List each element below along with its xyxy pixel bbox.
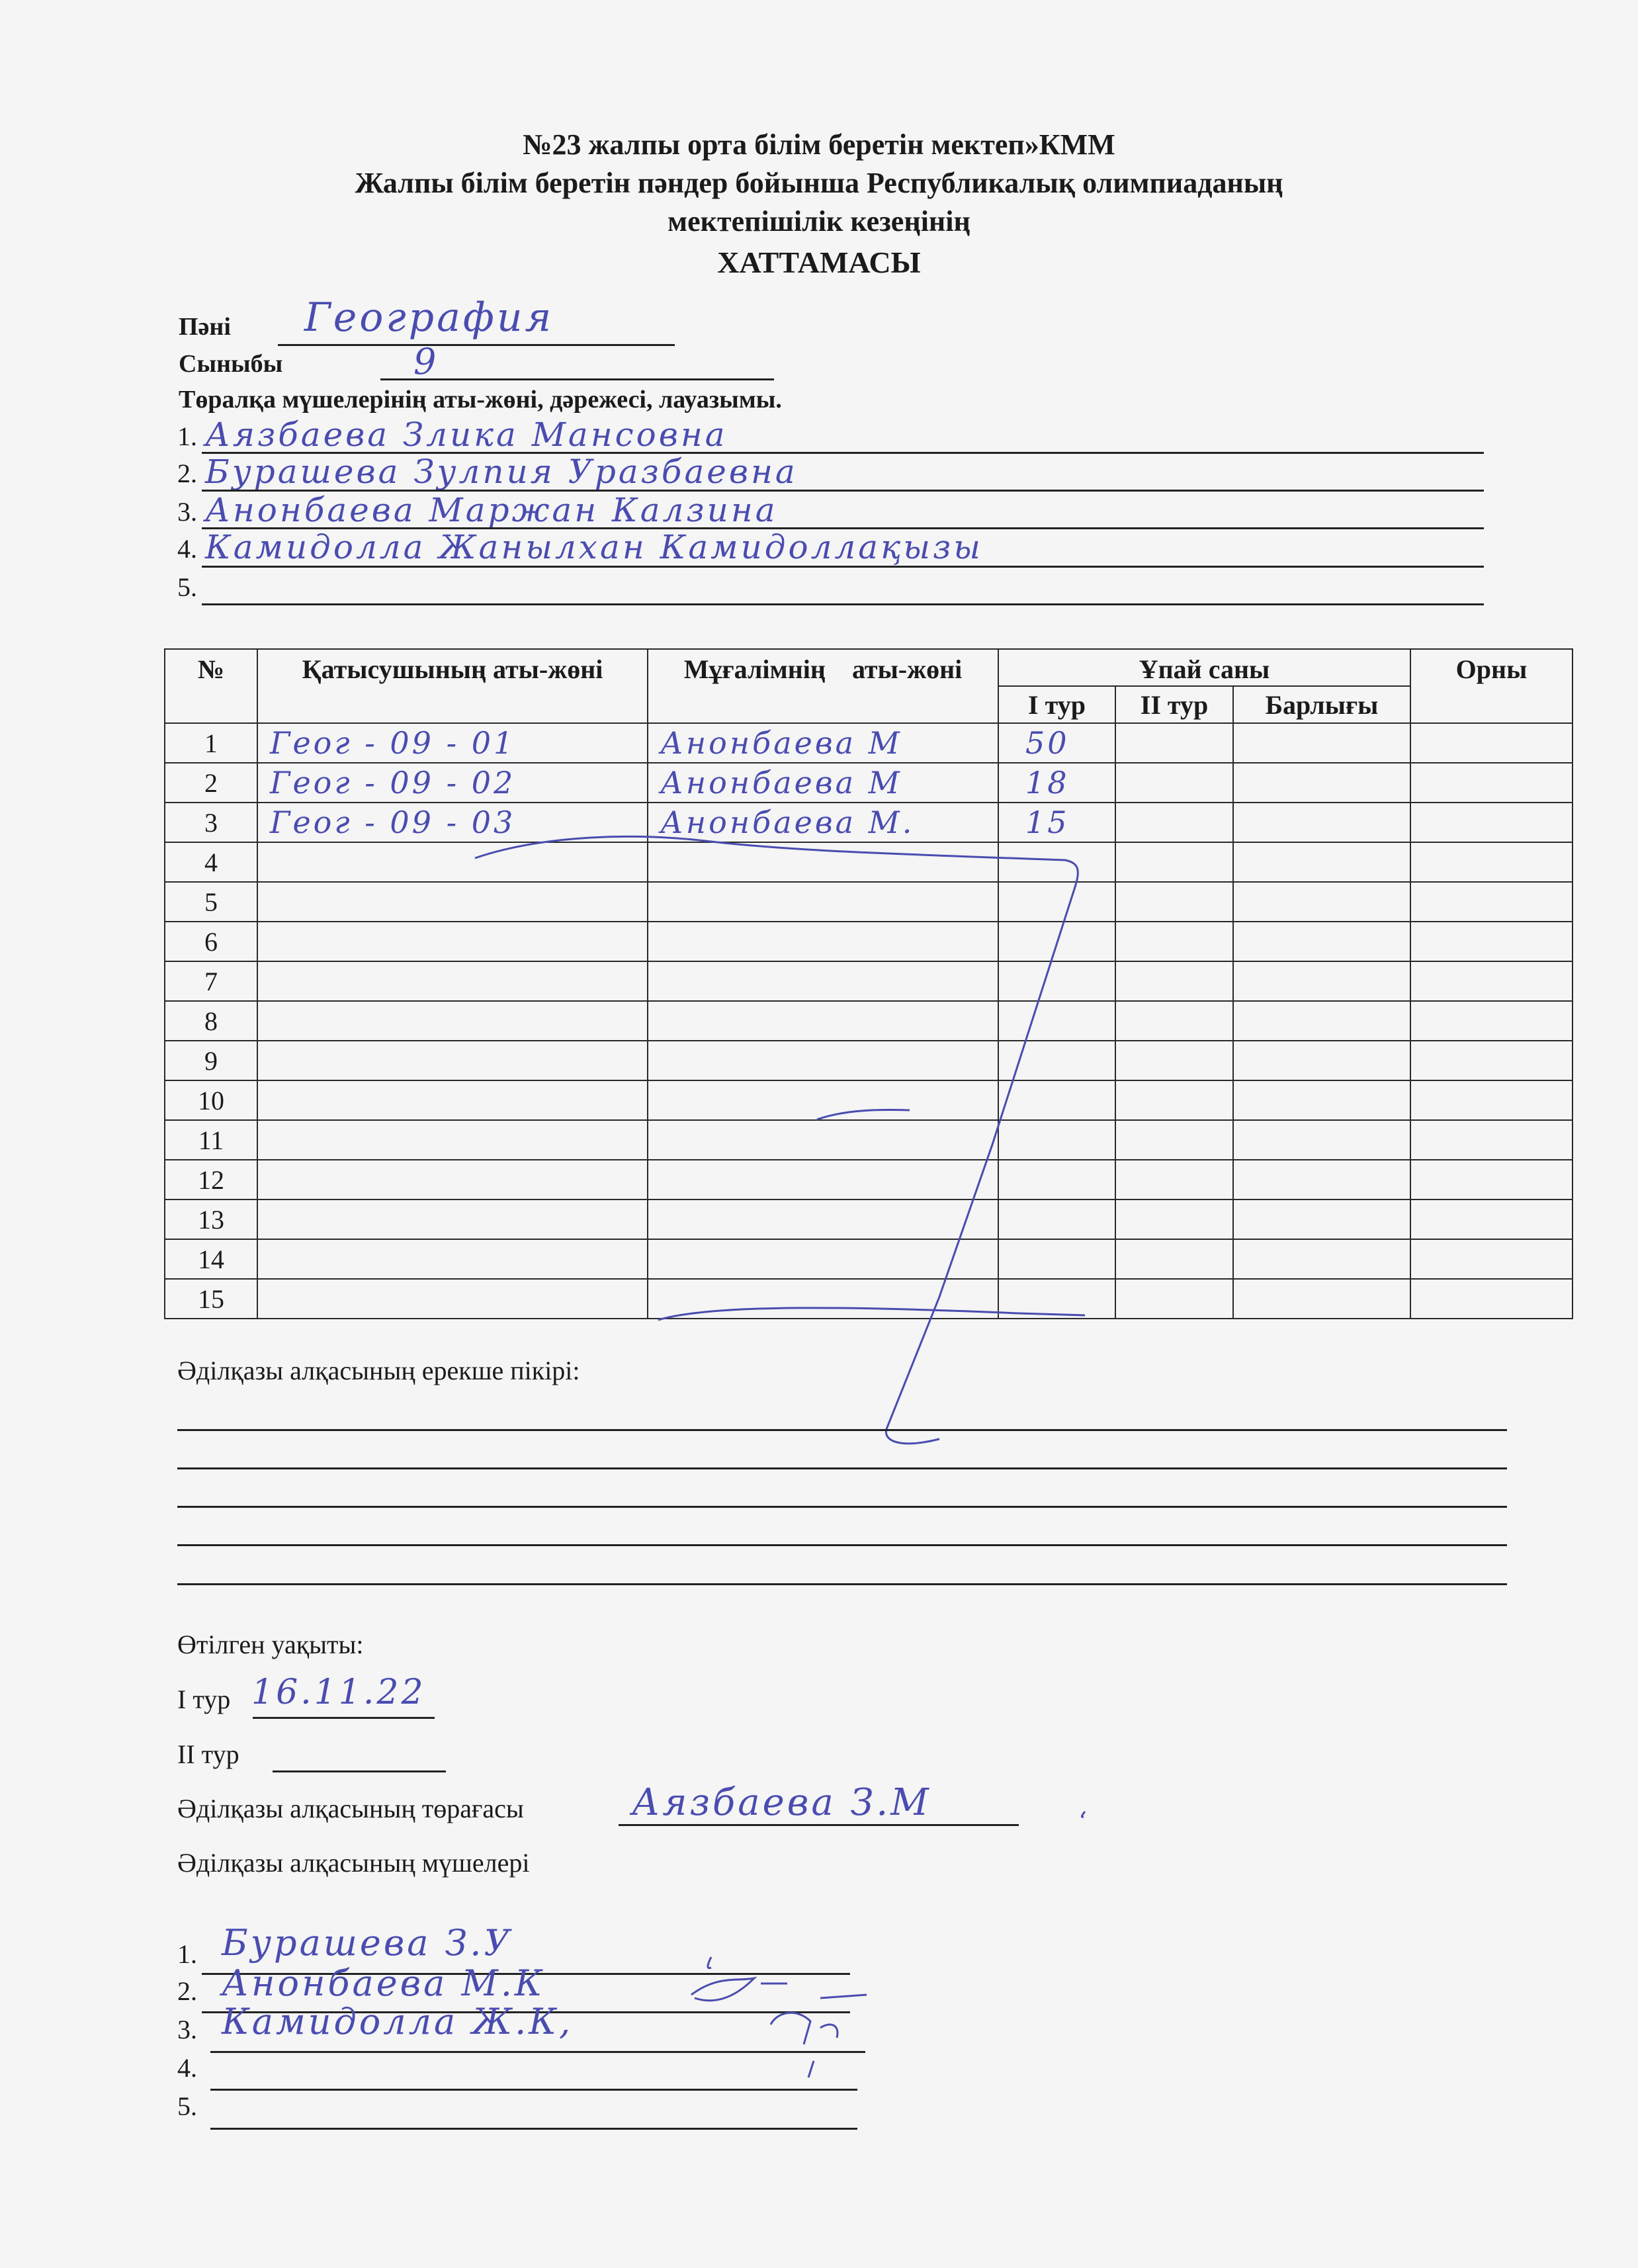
signer-line [210,2089,857,2091]
signer-signature[interactable]: Камидолла Ж.К, [222,2001,573,2042]
jury-member-name[interactable]: Анонбаева Маржан Калзина [205,491,778,529]
round2-score-cell[interactable] [1115,1279,1233,1319]
participant-cell[interactable] [257,842,648,882]
table-row: 15 [165,1279,1573,1319]
col-header-round2: II тур [1115,686,1233,723]
round2-score-cell[interactable] [1115,922,1233,961]
results-table: № Қатысушының аты-жөні Мұғалімнің аты-жө… [164,648,1573,1319]
signer-signature[interactable]: Анонбаева М.К [222,1962,545,2004]
total-score-cell[interactable] [1233,1080,1410,1120]
signer-num: 1. [177,1939,197,1970]
jury-num: 4. [177,533,197,564]
chair-underline [619,1824,1019,1826]
teacher-cell[interactable] [648,882,998,922]
table-row: 12 [165,1160,1573,1199]
document-title: ХАТТАМАСЫ [0,243,1638,282]
table-row: 8 [165,1001,1573,1041]
round1-score-cell[interactable]: 18 [998,763,1115,803]
table-row: 6 [165,922,1573,961]
round1-score-cell[interactable] [998,1279,1115,1319]
place-cell[interactable] [1410,882,1573,922]
olympiad-name: Жалпы білім беретін пәндер бойынша Респу… [0,164,1638,202]
round1-score-cell[interactable] [998,922,1115,961]
place-cell[interactable] [1410,723,1573,763]
total-score-cell[interactable] [1233,723,1410,763]
round1-score-cell[interactable] [998,1120,1115,1160]
table-row: 13 [165,1199,1573,1239]
col-header-participant: Қатысушының аты-жөні [257,649,648,723]
opinion-label: Әділқазы алқасының ерекше пікірі: [177,1355,580,1386]
table-row: 11 [165,1120,1573,1160]
round2-score-cell[interactable] [1115,723,1233,763]
jury-num: 5. [177,572,197,603]
table-row: 1Геог - 09 - 01Анонбаева М50 [165,723,1573,763]
total-score-cell[interactable] [1233,763,1410,803]
place-cell[interactable] [1410,1239,1573,1279]
total-score-cell[interactable] [1233,1041,1410,1080]
col-header-points: Ұпай саны [998,649,1410,686]
round1-score-cell[interactable] [998,1160,1115,1199]
teacher-cell[interactable] [648,1041,998,1080]
row-number: 3 [165,803,257,842]
row-number: 15 [165,1279,257,1319]
round2-score-cell[interactable] [1115,1239,1233,1279]
participant-cell[interactable]: Геог - 09 - 01 [257,723,648,763]
teacher-cell[interactable] [648,961,998,1001]
teacher-cell[interactable] [648,842,998,882]
table-row: 10 [165,1080,1573,1120]
table-row: 4 [165,842,1573,882]
row-number: 14 [165,1239,257,1279]
row-number: 4 [165,842,257,882]
grade-underline [380,378,774,380]
subject-value[interactable]: География [304,294,554,341]
round2-score-cell[interactable] [1115,1120,1233,1160]
teacher-cell[interactable] [648,922,998,961]
participant-cell[interactable] [257,1120,648,1160]
row-number: 9 [165,1041,257,1080]
teacher-cell[interactable] [648,1239,998,1279]
participant-cell[interactable] [257,1199,648,1239]
col-header-num: № [165,649,257,723]
teacher-cell[interactable] [648,1120,998,1160]
round1-score-cell[interactable] [998,1199,1115,1239]
round2-label: II тур [177,1739,239,1770]
signer-num: 3. [177,2014,197,2045]
stage-name: мектепішілік кезеңінің [0,202,1638,241]
round1-score-cell[interactable] [998,842,1115,882]
row-number: 13 [165,1199,257,1239]
participant-cell[interactable] [257,1041,648,1080]
signer-signature[interactable]: Бурашева З.У [222,1922,513,1964]
signer-num: 5. [177,2091,197,2122]
round2-score-cell[interactable] [1115,763,1233,803]
place-cell[interactable] [1410,1160,1573,1199]
chair-signature[interactable]: Аязбаева З.М [632,1781,931,1824]
jury-member-name[interactable]: Бурашева Зулпия Уразбаевна [205,453,798,491]
total-score-cell[interactable] [1233,1199,1410,1239]
teacher-cell[interactable] [648,1199,998,1239]
jury-member-name[interactable]: Аязбаева Злика Мансовна [205,415,728,454]
total-score-cell[interactable] [1233,961,1410,1001]
row-number: 10 [165,1080,257,1120]
participant-cell[interactable]: Геог - 09 - 03 [257,803,648,842]
round1-score-cell[interactable] [998,1239,1115,1279]
table-row: 2Геог - 09 - 02Анонбаева М18 [165,763,1573,803]
total-score-cell[interactable] [1233,882,1410,922]
round1-score-cell[interactable] [998,961,1115,1001]
row-number: 1 [165,723,257,763]
participant-cell[interactable] [257,1001,648,1041]
col-header-total: Барлығы [1233,686,1410,723]
jury-heading: Төралқа мүшелерінің аты-жөні, дәрежесі, … [179,385,782,414]
place-cell[interactable] [1410,763,1573,803]
opinion-line [177,1544,1507,1546]
jury-num: 2. [177,458,197,489]
signers-label: Әділқазы алқасының мүшелері [177,1847,529,1878]
jury-num: 1. [177,421,197,452]
table-row: 9 [165,1041,1573,1080]
school-name: №23 жалпы орта білім беретін мектеп»КММ [0,126,1638,164]
round2-score-cell[interactable] [1115,1041,1233,1080]
place-cell[interactable] [1410,1120,1573,1160]
opinion-line [177,1429,1507,1431]
table-row: 14 [165,1239,1573,1279]
round1-date[interactable]: 16.11.22 [251,1673,426,1712]
teacher-cell[interactable]: Анонбаева М [648,763,998,803]
row-number: 7 [165,961,257,1001]
signer-line [210,2051,865,2053]
round2-score-cell[interactable] [1115,842,1233,882]
place-cell[interactable] [1410,1041,1573,1080]
round1-score-cell[interactable]: 50 [998,723,1115,763]
participant-cell[interactable] [257,1080,648,1120]
timing-label: Өтілген уақыты: [177,1629,363,1660]
total-score-cell[interactable] [1233,922,1410,961]
total-score-cell[interactable] [1233,1239,1410,1279]
participant-cell[interactable] [257,1239,648,1279]
opinion-line [177,1467,1507,1469]
round2-underline [273,1770,446,1772]
participant-cell[interactable] [257,922,648,961]
round2-score-cell[interactable] [1115,1160,1233,1199]
round2-score-cell[interactable] [1115,803,1233,842]
opinion-line [177,1583,1507,1585]
col-header-teacher: Мұғалімнің аты-жөні [648,649,998,723]
row-number: 8 [165,1001,257,1041]
participant-cell[interactable] [257,1279,648,1319]
row-number: 6 [165,922,257,961]
table-row: 3Геог - 09 - 03Анонбаева М.15 [165,803,1573,842]
place-cell[interactable] [1410,1279,1573,1319]
round2-score-cell[interactable] [1115,882,1233,922]
round1-score-cell[interactable] [998,1080,1115,1120]
round1-underline [253,1717,435,1719]
teacher-cell[interactable] [648,1160,998,1199]
total-score-cell[interactable] [1233,1001,1410,1041]
total-score-cell[interactable] [1233,1160,1410,1199]
round2-score-cell[interactable] [1115,1001,1233,1041]
participant-cell[interactable] [257,961,648,1001]
opinion-line [177,1506,1507,1508]
teacher-cell[interactable]: Анонбаева М [648,723,998,763]
round1-score-cell[interactable] [998,1041,1115,1080]
participant-cell[interactable] [257,1160,648,1199]
total-score-cell[interactable] [1233,842,1410,882]
place-cell[interactable] [1410,803,1573,842]
jury-num: 3. [177,496,197,527]
place-cell[interactable] [1410,842,1573,882]
table-row: 5 [165,882,1573,922]
teacher-cell[interactable]: Анонбаева М. [648,803,998,842]
signer-line [210,2128,857,2130]
round2-score-cell[interactable] [1115,1199,1233,1239]
col-header-round1: I тур [998,686,1115,723]
round1-label: I тур [177,1684,230,1715]
participant-cell[interactable]: Геог - 09 - 02 [257,763,648,803]
teacher-cell[interactable] [648,1279,998,1319]
row-number: 5 [165,882,257,922]
row-number: 11 [165,1120,257,1160]
total-score-cell[interactable] [1233,1279,1410,1319]
round2-score-cell[interactable] [1115,961,1233,1001]
teacher-cell[interactable] [648,1001,998,1041]
round1-score-cell[interactable]: 15 [998,803,1115,842]
subject-underline [278,344,675,346]
row-number: 2 [165,763,257,803]
place-cell[interactable] [1410,1001,1573,1041]
document-header: №23 жалпы орта білім беретін мектеп»КММ … [0,126,1638,282]
jury-line [202,603,1484,605]
place-cell[interactable] [1410,1199,1573,1239]
place-cell[interactable] [1410,961,1573,1001]
round1-score-cell[interactable] [998,1001,1115,1041]
jury-member-name[interactable]: Камидолла Жанылхан Камидоллақызы [205,528,983,566]
signer-num: 2. [177,1976,197,2007]
total-score-cell[interactable] [1233,803,1410,842]
place-cell[interactable] [1410,922,1573,961]
participant-cell[interactable] [257,882,648,922]
round2-score-cell[interactable] [1115,1080,1233,1120]
place-cell[interactable] [1410,1080,1573,1120]
subject-label: Пәні [179,312,231,341]
chair-label: Әділқазы алқасының төрағасы [177,1793,524,1824]
signer-num: 4. [177,2052,197,2083]
col-header-place: Орны [1410,649,1573,723]
grade-value[interactable]: 9 [413,341,439,382]
row-number: 12 [165,1160,257,1199]
jury-line [202,566,1484,568]
round1-score-cell[interactable] [998,882,1115,922]
grade-label: Сыныбы [179,349,282,378]
table-row: 7 [165,961,1573,1001]
teacher-cell[interactable] [648,1080,998,1120]
total-score-cell[interactable] [1233,1120,1410,1160]
